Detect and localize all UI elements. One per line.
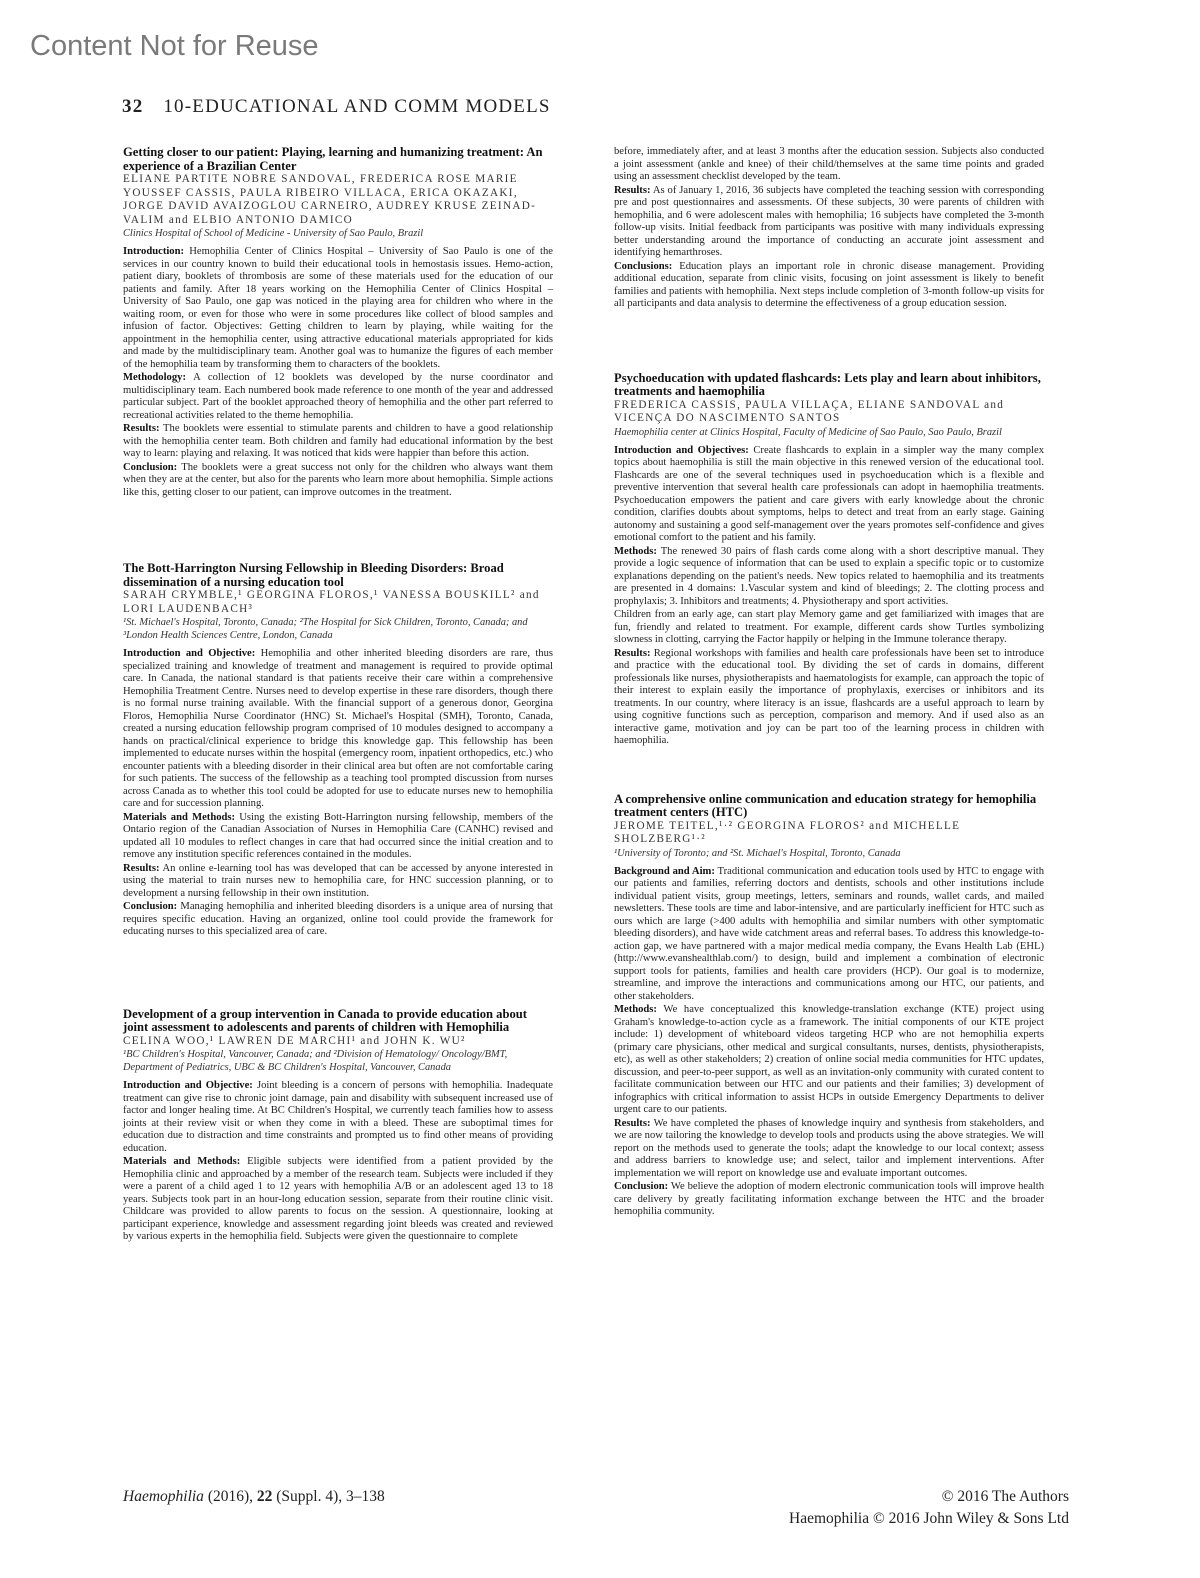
- section-text: An online e-learning tool has was develo…: [123, 863, 553, 899]
- paragraph-methods: Materials and Methods: Using the existin…: [123, 812, 553, 862]
- paragraph-results: Results: We have completed the phases of…: [614, 1118, 1044, 1181]
- abstract-authors: ELIANE PARTITE NOBRE SANDOVAL, FREDERICA…: [123, 173, 553, 227]
- section-label: Materials and Methods:: [123, 812, 235, 823]
- section-text: We believe the adoption of modern electr…: [614, 1181, 1044, 1217]
- right-column: before, immediately after, and at least …: [614, 146, 1044, 1220]
- section-label: Conclusion:: [614, 1181, 668, 1192]
- section-label: Materials and Methods:: [123, 1156, 240, 1167]
- section-text: The booklets were essential to stimulate…: [123, 423, 553, 459]
- abstract-authors: JEROME TEITEL,¹·² GEORGINA FLOROS² and M…: [614, 820, 1044, 847]
- paragraph-methods: Materials and Methods: Eligible subjects…: [123, 1156, 553, 1244]
- abstract-affiliation: ¹BC Children's Hospital, Vancouver, Cana…: [123, 1048, 553, 1074]
- paragraph-continuation: before, immediately after, and at least …: [614, 146, 1044, 184]
- section-label: Methodology:: [123, 372, 186, 383]
- abstract-body: Introduction and Objectives: Create flas…: [614, 445, 1044, 748]
- section-label: Methods:: [614, 1004, 657, 1015]
- abstract-affiliation: Clinics Hospital of School of Medicine -…: [123, 227, 553, 240]
- section-text: Hemophilia and other inherited bleeding …: [123, 648, 553, 809]
- left-column: Getting closer to our patient: Playing, …: [123, 146, 553, 1245]
- paragraph-introduction: Introduction and Objective: Hemophilia a…: [123, 648, 553, 811]
- abstract-title: Psychoeducation with updated flashcards:…: [614, 372, 1044, 399]
- abstract-affiliation: ¹St. Michael's Hospital, Toronto, Canada…: [123, 616, 553, 642]
- page-number: 32: [122, 96, 143, 117]
- journal-citation: Haemophilia (2016), 22 (Suppl. 4), 3–138: [123, 1488, 385, 1506]
- section-label: Introduction and Objectives:: [614, 445, 749, 456]
- copyright: © 2016 The Authors Haemophilia © 2016 Jo…: [789, 1486, 1069, 1530]
- section-text: Traditional communication and education …: [614, 866, 1044, 1002]
- paragraph-methods: Methods: The renewed 30 pairs of flash c…: [614, 546, 1044, 609]
- abstract-body: Introduction: Hemophilia Center of Clini…: [123, 246, 553, 499]
- abstract-title: Development of a group intervention in C…: [123, 1008, 553, 1035]
- section-label: Introduction:: [123, 246, 184, 257]
- watermark: Content Not for Reuse: [30, 30, 319, 63]
- paragraph-methods: Methods: We have conceptualized this kno…: [614, 1004, 1044, 1117]
- paragraph-methodology: Methodology: A collection of 12 booklets…: [123, 372, 553, 422]
- running-head: 32 10-EDUCATIONAL AND COMM MODELS: [122, 96, 551, 118]
- paragraph-results: Results: The booklets were essential to …: [123, 423, 553, 461]
- paragraph-results: Results: An online e-learning tool has w…: [123, 863, 553, 901]
- section-label: Conclusions:: [614, 261, 672, 272]
- section-text: Hemophilia Center of Clinics Hospital – …: [123, 246, 553, 370]
- section-label: Results:: [123, 863, 160, 874]
- abstract-body: Introduction and Objective: Joint bleedi…: [123, 1080, 553, 1244]
- journal-name: Haemophilia: [123, 1488, 204, 1505]
- abstract-authors: SARAH CRYMBLE,¹ GEORGINA FLOROS,¹ VANESS…: [123, 589, 553, 616]
- abstract-1: Getting closer to our patient: Playing, …: [123, 146, 553, 499]
- abstract-authors: FREDERICA CASSIS, PAULA VILLAÇA, ELIANE …: [614, 399, 1044, 426]
- section-text: We have conceptualized this knowledge-tr…: [614, 1004, 1044, 1115]
- section-title: 10-EDUCATIONAL AND COMM MODELS: [163, 96, 550, 117]
- paragraph-conclusion: Conclusion: Managing hemophilia and inhe…: [123, 901, 553, 939]
- section-label: Results:: [123, 423, 160, 434]
- section-text: Children from an early age, can start pl…: [614, 609, 1044, 645]
- citation-year: (2016),: [204, 1488, 257, 1505]
- section-label: Introduction and Objective:: [123, 1080, 253, 1091]
- paragraph-background: Background and Aim: Traditional communic…: [614, 866, 1044, 1004]
- abstract-title: A comprehensive online communication and…: [614, 793, 1044, 820]
- paragraph-introduction: Introduction and Objective: Joint bleedi…: [123, 1080, 553, 1155]
- paragraph-conclusion: Conclusion: The booklets were a great su…: [123, 462, 553, 500]
- abstract-body: Background and Aim: Traditional communic…: [614, 866, 1044, 1219]
- copyright-publisher: Haemophilia © 2016 John Wiley & Sons Ltd: [789, 1508, 1069, 1530]
- section-label: Methods:: [614, 546, 657, 557]
- section-label: Introduction and Objective:: [123, 648, 255, 659]
- abstract-2: The Bott-Harrington Nursing Fellowship i…: [123, 562, 553, 939]
- abstract-3: Development of a group intervention in C…: [123, 1008, 553, 1244]
- abstract-authors: CELINA WOO,¹ LAWREN DE MARCHI¹ and JOHN …: [123, 1035, 553, 1049]
- section-label: Conclusion:: [123, 462, 177, 473]
- paragraph-introduction: Introduction and Objectives: Create flas…: [614, 445, 1044, 545]
- section-text: Joint bleeding is a concern of persons w…: [123, 1080, 553, 1154]
- abstract-3-continued: before, immediately after, and at least …: [614, 146, 1044, 311]
- section-text: Create flashcards to explain in a simple…: [614, 445, 1044, 544]
- section-text: We have completed the phases of knowledg…: [614, 1118, 1044, 1179]
- section-label: Background and Aim:: [614, 866, 715, 877]
- section-text: The renewed 30 pairs of flash cards come…: [614, 546, 1044, 607]
- section-text: Education plays an important role in chr…: [614, 261, 1044, 310]
- abstract-title: Getting closer to our patient: Playing, …: [123, 146, 553, 173]
- paragraph-conclusions: Conclusions: Education plays an importan…: [614, 261, 1044, 311]
- abstract-affiliation: ¹University of Toronto; and ²St. Michael…: [614, 847, 1044, 860]
- paragraph-results: Results: Regional workshops with familie…: [614, 648, 1044, 748]
- section-text: Managing hemophilia and inherited bleedi…: [123, 901, 553, 937]
- citation-volume: 22: [257, 1488, 273, 1505]
- abstract-body: Introduction and Objective: Hemophilia a…: [123, 648, 553, 939]
- section-label: Conclusion:: [123, 901, 177, 912]
- abstract-4: Psychoeducation with updated flashcards:…: [614, 372, 1044, 748]
- section-text: The booklets were a great success not on…: [123, 462, 553, 498]
- section-label: Results:: [614, 185, 651, 196]
- citation-pages: (Suppl. 4), 3–138: [272, 1488, 384, 1505]
- abstract-affiliation: Haemophilia center at Clinics Hospital, …: [614, 426, 1044, 439]
- abstract-5: A comprehensive online communication and…: [614, 793, 1044, 1219]
- paragraph-conclusion: Conclusion: We believe the adoption of m…: [614, 1181, 1044, 1219]
- paragraph-methods-cont: Children from an early age, can start pl…: [614, 609, 1044, 647]
- section-text: As of January 1, 2016, 36 subjects have …: [614, 185, 1044, 259]
- paragraph-results: Results: As of January 1, 2016, 36 subje…: [614, 185, 1044, 260]
- abstract-title: The Bott-Harrington Nursing Fellowship i…: [123, 562, 553, 589]
- section-label: Results:: [614, 1118, 651, 1129]
- paragraph-introduction: Introduction: Hemophilia Center of Clini…: [123, 246, 553, 371]
- section-text: before, immediately after, and at least …: [614, 146, 1044, 182]
- section-text: A collection of 12 booklets was develope…: [123, 372, 553, 421]
- section-label: Results:: [614, 648, 651, 659]
- section-text: Eligible subjects were identified from a…: [123, 1156, 553, 1242]
- section-text: Regional workshops with families and hea…: [614, 648, 1044, 747]
- copyright-authors: © 2016 The Authors: [789, 1486, 1069, 1508]
